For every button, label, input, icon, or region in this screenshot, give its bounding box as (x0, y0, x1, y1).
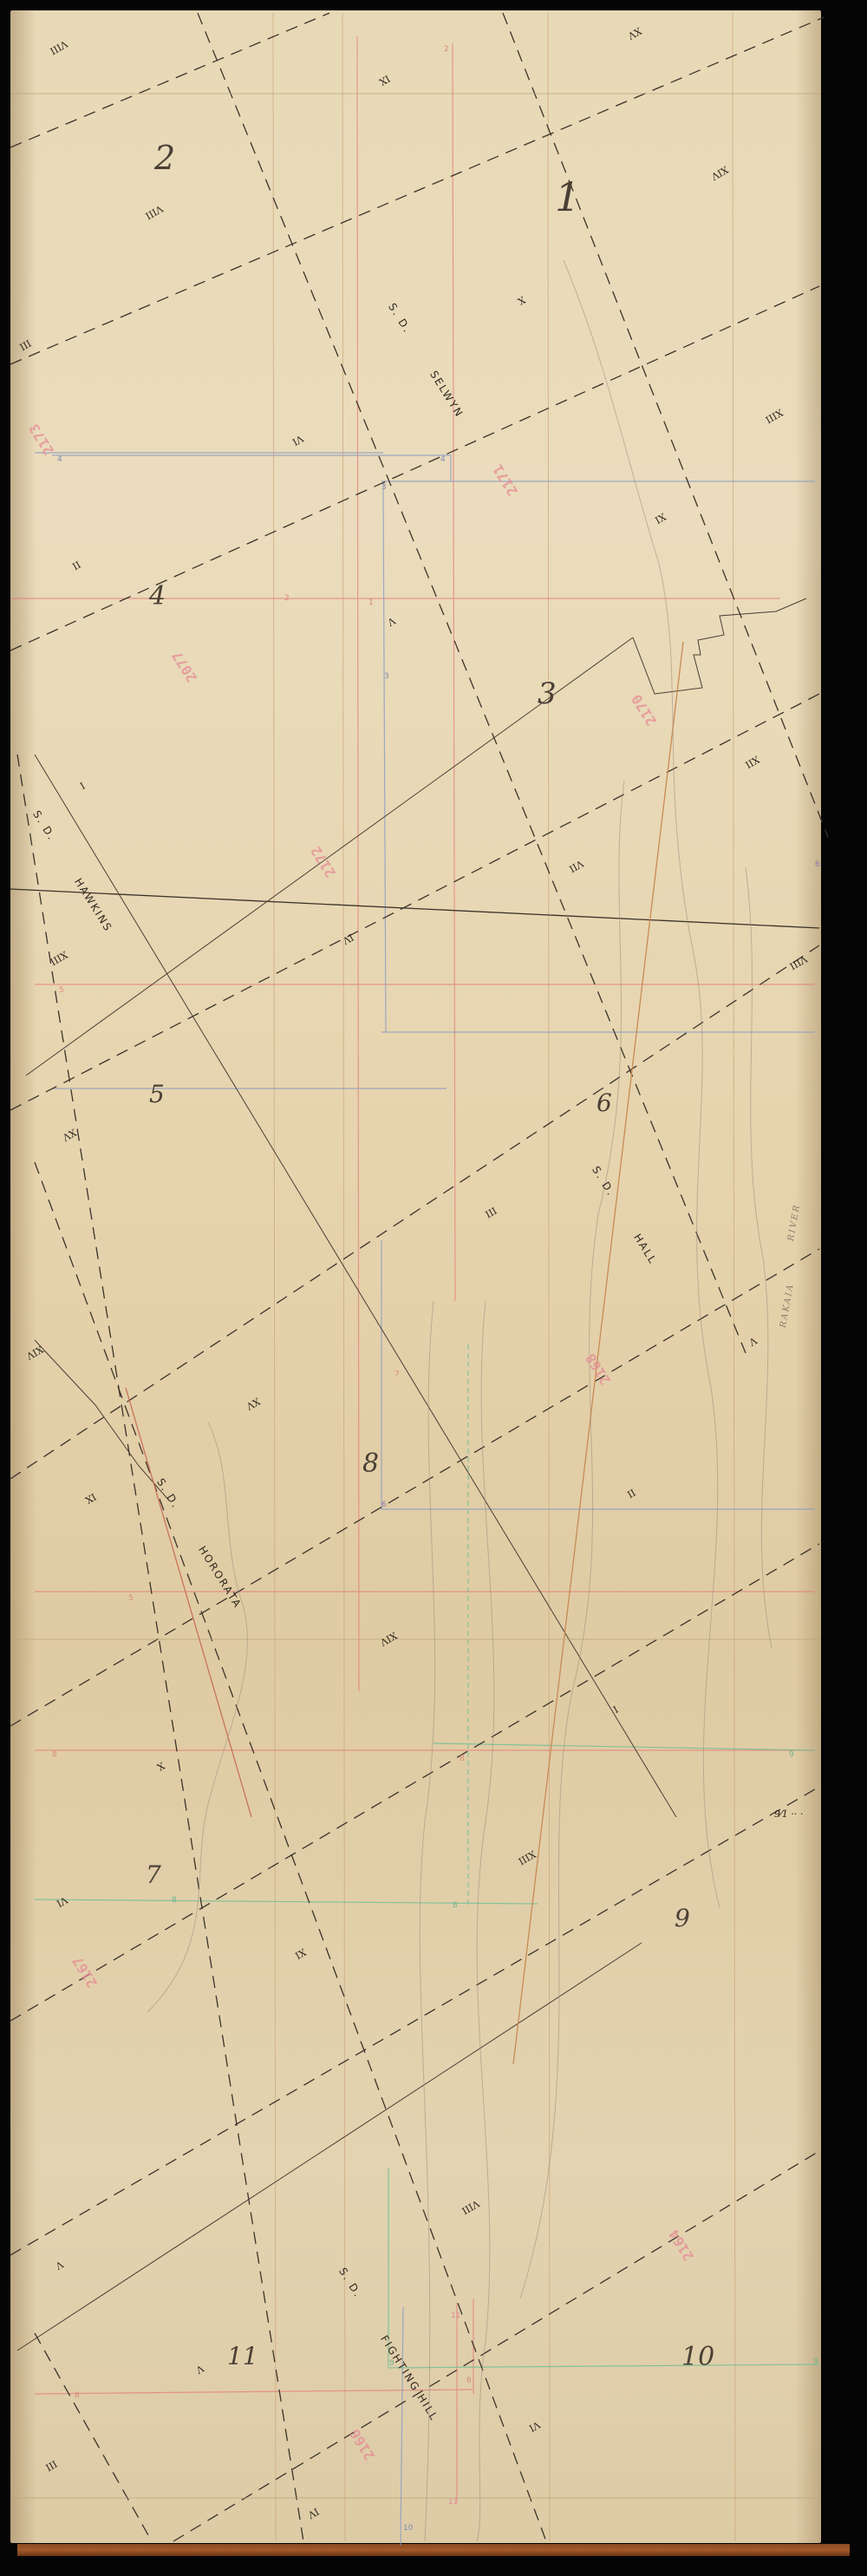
grid-index-number: 11 (448, 2498, 458, 2507)
sheet-number: 6 (596, 1089, 612, 1117)
grid-index-number: 6 (815, 860, 820, 869)
grid-index-number: 9 (389, 2359, 394, 2368)
grid-index-number: 8 (172, 1896, 177, 1905)
grid-index-number: 9 (813, 2357, 818, 2366)
grid-index-number: 3 (381, 483, 387, 492)
grid-index-number: 4 (57, 455, 62, 464)
vertical-grid-lines (273, 13, 735, 2541)
sheet-number: 4 (149, 581, 166, 611)
grid-index-number: 2 (284, 594, 290, 603)
sheet-number: 9 (675, 1904, 690, 1932)
red-grid-lines (11, 36, 815, 2502)
grid-index-number: 8 (453, 1901, 458, 1910)
grid-index-number: 8 (52, 1750, 57, 1759)
grid-index-number: 10 (403, 2524, 413, 2533)
sheet-number: 11 (227, 2342, 258, 2370)
grid-index-number: 8 (75, 2391, 80, 2400)
grid-index-number: 8 (466, 2377, 472, 2385)
green-grid-lines (35, 1344, 819, 2368)
grid-index-number: 4 (440, 455, 446, 464)
solid-survey-lines (17, 598, 806, 2350)
grid-index-number: 9 (789, 1750, 794, 1759)
sheet-number: 2 (154, 139, 175, 177)
fold-crease-lines (10, 94, 821, 2498)
grid-index-number: 5 (59, 986, 64, 995)
district-boundary-dashed-lines (10, 13, 828, 2541)
grid-index-number: 2 (444, 45, 449, 54)
grid-index-number: 7 (394, 1370, 400, 1379)
grid-index-number: 8 (460, 1755, 465, 1763)
survey-linework (0, 0, 867, 2576)
river-channels (147, 260, 772, 2541)
grid-index-number: 6 (381, 1500, 387, 1509)
sheet-number: 1 (555, 173, 580, 220)
grid-index-number: 11 (451, 2311, 460, 2320)
sheet-number: 5 (149, 1080, 165, 1108)
grid-index-number: 3 (384, 672, 389, 681)
blue-grid-lines (35, 453, 815, 2546)
sheet-number: 10 (681, 2342, 714, 2372)
grid-index-number: 1 (368, 598, 374, 607)
sheet-number: 3 (538, 677, 557, 711)
sheet-number: 7 (146, 1860, 161, 1889)
sheet-number: 8 (362, 1448, 379, 1479)
grid-index-number: 5 (128, 1594, 134, 1603)
marginal-note: 9⁄1 ·· · (774, 1808, 803, 1820)
